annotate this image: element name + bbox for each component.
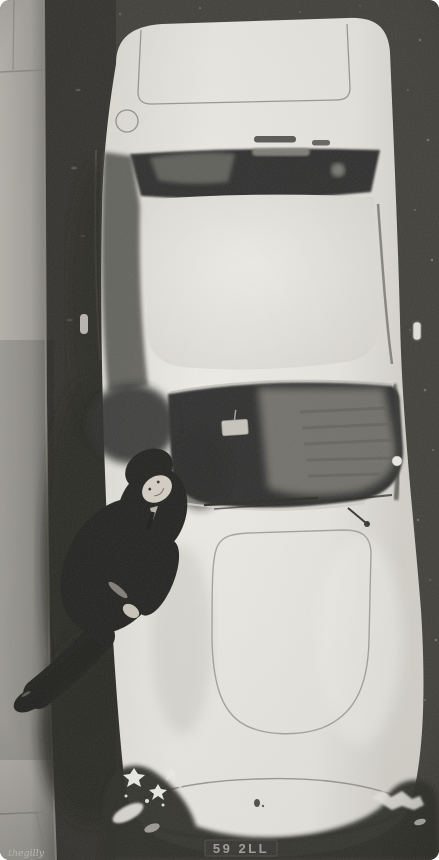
photo-canvas: 59 2LL [0, 0, 439, 860]
street-photo-page: 59 2LL [0, 0, 439, 860]
street-photo: 59 2LL [0, 0, 439, 860]
film-grain-overlay [0, 0, 439, 860]
